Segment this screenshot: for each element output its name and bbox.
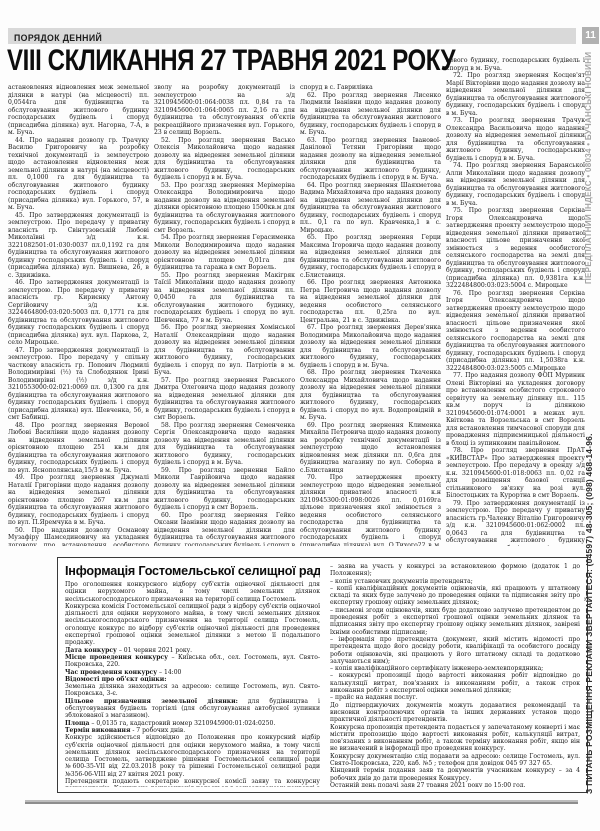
bullet-item: – прайс на надання послуг. [330, 694, 580, 701]
sidebar-ads-contact: З ПИТАНЬ РОЗМІЩЕННЯ РЕКЛАМИ ЗВЕРТАЙТЕСЯ:… [584, 400, 598, 828]
agenda-column-3: споруд в с. Гаврилівка62. Про розгляд зв… [300, 84, 441, 546]
agenda-item: 55. Про розгляд звернення Макігряк Таїсі… [154, 272, 295, 325]
agenda-item: 59. Про розгляд звернення Байло Миколи Г… [154, 467, 295, 512]
info-item: Час проведення конкурсу – 14:00 [65, 669, 320, 676]
bullet-item: – заява на участь у конкурсі за встановл… [330, 563, 580, 578]
agenda-item: зволу на розробку документації із землеу… [154, 84, 295, 137]
info-item: Відомості про об'єкт оцінки: [65, 676, 320, 683]
info-item-text: Конкурсна комісія Гостомельської селищно… [65, 603, 320, 646]
agenda-item: споруд в с. Гаврилівка [300, 84, 441, 92]
info-item-text: Про оголошення конкурсного відбору суб'є… [65, 581, 320, 603]
section-header-bar: ПОРЯДОК ДЕННИЙ [8, 28, 576, 44]
agenda-item: 49. Про розгляд звернення Джумалі Наталі… [8, 474, 149, 527]
info-item-text: - 7 робочих днів. [130, 727, 185, 734]
agenda-item: 70. Про затвердження проекту землеустрою… [300, 474, 441, 546]
info-item: Дата конкурсу – 01 червня 2021 року. [65, 647, 320, 654]
agenda-item: 50. Про надання дозволу Османову Музафір… [8, 527, 149, 547]
info-item-text: – 14:00 [157, 669, 181, 676]
info-box-left-column: Інформація Гостомельської селищної ради … [65, 563, 320, 787]
agenda-item: 68. Про розгляд звернення Ткаченка Олекс… [300, 369, 441, 422]
bullet-item: – інформація про претендента (документ, … [330, 636, 580, 665]
agenda-item: 72. Про розгляд звернення Косцев'ят Марі… [446, 72, 585, 117]
info-box-left-items: Про оголошення конкурсного відбору суб'є… [65, 581, 320, 787]
agenda-item: 62. Про розгляд звернення Лисенко Людмил… [300, 92, 441, 137]
sidebar-subscription-index: ПЕРЕДПЛАТНИЙ ІНДЕКС • 08034 • БУЧАНСЬКІ … [584, 48, 598, 288]
info-item-text: Конкурс здійснюється відповідно до Полож… [65, 734, 320, 777]
agenda-item: 66. Про розгляд звернення Антонюка Петра… [300, 279, 441, 324]
agenda-item: астановлення відновлення меж земельної д… [8, 84, 149, 137]
info-item-label: Відомості про об'єкт оцінки: [65, 676, 167, 683]
agenda-item: 64. Про розгляд звернення Шаяхметова Вад… [300, 182, 441, 235]
agenda-item: 65. Про розгляд звернення Герци Максима … [300, 234, 441, 279]
agenda-item: 67. Про розгляд звернення Дерев'янка Вол… [300, 324, 441, 369]
agenda-item: 74. Про розгляд звернення Баранської Алл… [446, 162, 585, 207]
agenda-item: 63. Про розгляд звернення Іванової-Даніл… [300, 137, 441, 182]
agenda-item: 58. Про розгляд звернення Семенченка Сер… [154, 422, 295, 467]
info-item: Місце проведення конкурсу – Київська обл… [65, 654, 320, 669]
agenda-column-4: лового будинку, господарських будівель і… [446, 57, 585, 546]
info-item-label: Дата конкурсу [65, 647, 117, 654]
agenda-item: 57. Про розгляд звернення Равського Дмит… [154, 377, 295, 422]
info-item: Претенденти подають секретарю конкурсної… [65, 778, 320, 787]
info-item: Термін виконання - 7 робочих днів. [65, 727, 320, 734]
info-item: Цільове призначення земельної ділянки: д… [65, 698, 320, 720]
bullet-item: – конкурсні пропозиції щодо вартості вик… [330, 672, 580, 694]
info-item: Конкурсна комісія Гостомельської селищно… [65, 603, 320, 647]
agenda-item: 44. Про надання дозволу гр. Трачуку Васи… [8, 137, 149, 212]
info-box-title: Інформація Гостомельської селищної ради [65, 563, 312, 578]
info-item-text: Претенденти подають секретарю конкурсної… [65, 778, 320, 787]
agenda-item: 47. Про затвердження документації із зем… [8, 347, 149, 422]
page-headline: VIII СКЛИКАННЯ 27 ТРАВНЯ 2021 РОКУ [7, 44, 455, 78]
bullet-item: – копія установчих документів претендент… [330, 578, 580, 585]
agenda-item: 69. Про розгляд звернення Клименка Михай… [300, 422, 441, 475]
info-item-label: Площа [65, 720, 89, 727]
info-item-label: Місце проведення конкурсу [65, 654, 168, 661]
agenda-item: 53. Про розгляд звернення Мерімеріна Оле… [154, 182, 295, 235]
agenda-item: лового будинку, господарських будівель і… [446, 57, 585, 72]
bottom-divider [25, 800, 578, 804]
info-item-label: Цільове призначення земельної ділянки: [65, 698, 238, 705]
info-item: Земельна ділянка знаходиться за адресою:… [65, 683, 320, 698]
info-item-text: Земельна ділянка знаходиться за адресою:… [65, 683, 320, 697]
agenda-column-2: зволу на розробку документації із землеу… [154, 84, 295, 546]
agenda-item: 56. Про розгляд звернення Хомінської Нат… [154, 324, 295, 377]
agenda-item: 52. Про розгляд звернення Васько Олексія… [154, 137, 295, 182]
bullet-item: – копії кваліфікаційних документів оціню… [330, 585, 580, 607]
agenda-item: 45. Про затвердження документації із зем… [8, 212, 149, 280]
agenda-item: 78. Про розгляд звернення ПрАТ «КИЇВСТАР… [446, 447, 585, 500]
info-item-label: Термін виконання [65, 727, 130, 734]
agenda-column-1: астановлення відновлення меж земельної д… [8, 84, 149, 546]
agenda-item: 46. Про затвердження документації із зем… [8, 279, 149, 347]
agenda-item: 75. Про розгляд звернення Серкіна Ігоря … [446, 207, 585, 290]
bullet-item: – копія кваліфікаційного сертифікату інж… [330, 665, 580, 672]
bullet-item: До підтверджуючих документів можуть дода… [330, 702, 580, 724]
agenda-item: 76. Про розгляд звернення Серкіна Ігоря … [446, 290, 585, 373]
agenda-item: 48. Про розгляд звернення Верової Любові… [8, 422, 149, 475]
bullet-item: – письмові згоди оцінювачів, яких буде д… [330, 607, 580, 636]
bullet-item: Кінцевий термін подання заяв та документ… [330, 767, 580, 782]
agenda-item: 77. Про надання дозволу ФОП Муриник Олен… [446, 372, 585, 447]
info-item: Площа – 0,0135 га, кадастровий номер 321… [65, 720, 320, 727]
agenda-item: 79. Про затвердження документації із зем… [446, 500, 585, 547]
bullet-item: Конкурсну документацію слід подавати за … [330, 753, 580, 768]
page-number-badge: 11 [582, 27, 599, 44]
agenda-item: 73. Про розгляд звернення Трачук Олексан… [446, 117, 585, 162]
info-item: Конкурс здійснюється відповідно до Полож… [65, 734, 320, 778]
info-item-label: Час проведення конкурсу [65, 669, 157, 676]
agenda-item: 60. Про розгляд звернення Гейко Оксани І… [154, 512, 295, 547]
info-item: Про оголошення конкурсного відбору суб'є… [65, 581, 320, 603]
bullet-item: Останній день подачі заяв 27 травня 2021… [330, 782, 580, 787]
info-item-text: – 01 червня 2021 року. [117, 647, 192, 654]
info-item-text: – 0,0135 га, кадастровий номер 321094590… [89, 720, 275, 727]
agenda-item: 54. Про розгляд звернення Герасименка Ми… [154, 234, 295, 272]
bullet-item: Конкурсна пропозиція претендента подаєть… [330, 724, 580, 753]
info-box: Інформація Гостомельської селищної ради … [57, 557, 588, 793]
info-box-right-column: – заява на участь у конкурсі за встановл… [330, 563, 580, 787]
